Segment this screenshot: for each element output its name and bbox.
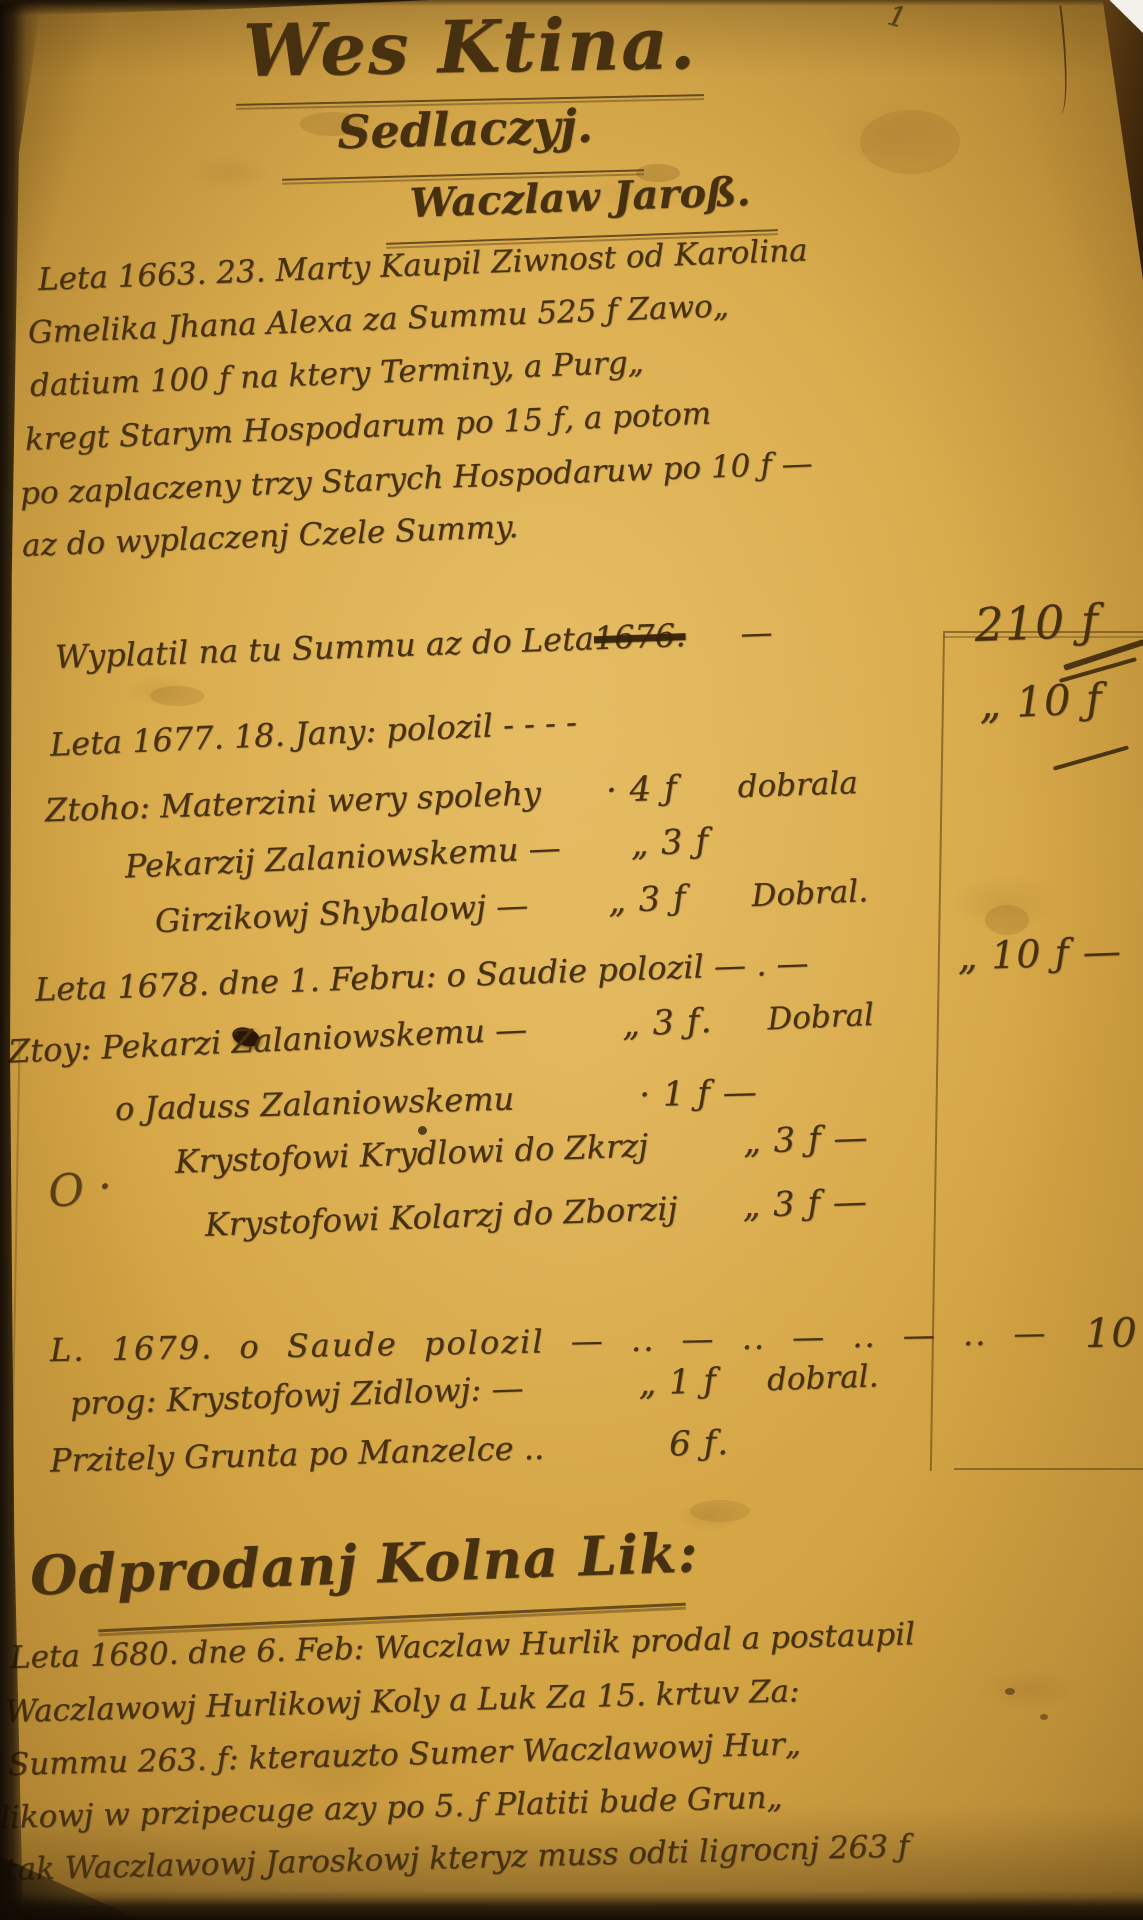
ledger-amount: 210 ƒ	[973, 594, 1099, 652]
ledger-note: Dobral	[767, 997, 875, 1038]
paper-stain	[860, 110, 960, 174]
page-bottom-edge	[0, 1890, 1143, 1920]
ledger-amount: „ 3 ƒ	[630, 821, 710, 864]
paper-stain	[150, 686, 204, 706]
ledger-amount: „ 3 ƒ	[607, 878, 687, 921]
manuscript-page: Wes Ktina. Sedlaczyj. Waczlaw Jaroß. Let…	[0, 0, 1143, 1920]
ledger-amount: · 4 ƒ	[605, 768, 678, 810]
ledger-amount: „ 10 ƒ	[978, 674, 1103, 728]
paper-stain	[985, 905, 1029, 935]
ink-dot	[1040, 1714, 1048, 1720]
ledger-note: dobral.	[766, 1358, 879, 1398]
paper-stain	[690, 1500, 750, 1522]
ledger-box-bottom-rule	[954, 1468, 1143, 1470]
ledger-amount: „ 3 ƒ.	[621, 1001, 713, 1045]
ledger-text: —	[740, 613, 773, 652]
struck-year: 1676.	[593, 616, 686, 657]
ledger-note: Dobral.	[751, 873, 869, 914]
ledger-amount: „ 3 ƒ —	[742, 1118, 869, 1162]
page-top-edge	[0, 0, 1143, 6]
margin-mark: O ·	[46, 1161, 115, 1218]
ledger-note: dobrala	[737, 765, 858, 805]
ledger-amount: „ 3 ƒ —	[742, 1182, 869, 1226]
section-heading: Sedlaczyj.	[264, 97, 665, 161]
ledger-amount: 6 ƒ.	[669, 1423, 730, 1465]
page-title: Wes Ktina.	[224, 0, 715, 93]
ledger-amount: · 1 ƒ —	[639, 1072, 758, 1115]
ink-dot	[1005, 1688, 1015, 1695]
ledger-amount: „ 10 ƒ —	[957, 929, 1123, 979]
ledger-amount: „ 1 ƒ	[638, 1361, 718, 1404]
